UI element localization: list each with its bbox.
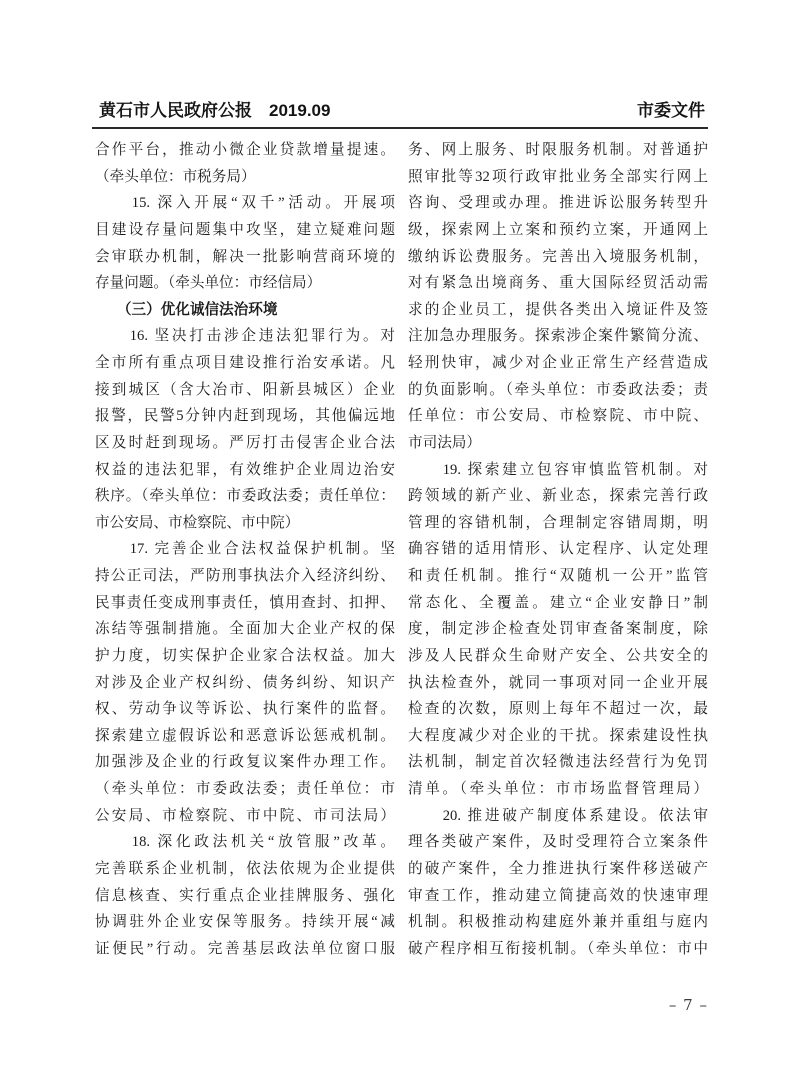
text-line: 19. 探索建立包容审慎监管机制。对 bbox=[408, 457, 708, 484]
text-line: 法机制，制定首次轻微违法经营行为免罚 bbox=[408, 749, 708, 776]
text-line: 加强涉及企业的行政复议案件办理工作。 bbox=[95, 749, 395, 776]
text-line: 的破产案件，全力推进执行案件移送破产 bbox=[408, 856, 708, 883]
text-line: 缴纳诉讼费服务。完善出入境服务机制， bbox=[408, 244, 708, 271]
text-line: 完善联系企业机制，依法依规为企业提供 bbox=[95, 856, 395, 883]
document-body: 合作平台，推动小微企业贷款增量提速。（牵头单位：市税务局） 15. 深入开展“双… bbox=[95, 137, 708, 962]
page-number: – 7 – bbox=[640, 996, 708, 1014]
text-line: 权、劳动争议等诉讼、执行案件的监督。 bbox=[95, 696, 395, 723]
text-line: 冻结等强制措施。全面加大企业产权的保 bbox=[95, 616, 395, 643]
text-line: 常态化、全覆盖。建立“企业安静日”制 bbox=[408, 590, 708, 617]
text-line: 涉及人民群众生命财产安全、公共安全的 bbox=[408, 643, 708, 670]
text-line: 审查工作，推动建立简捷高效的快速审理 bbox=[408, 883, 708, 910]
text-line: （牵头单位：市税务局） bbox=[95, 164, 395, 191]
text-line: 轻刑快审，减少对企业正常生产经营造成 bbox=[408, 350, 708, 377]
text-line: 破产程序相互衔接机制。（牵头单位：市中 bbox=[408, 936, 708, 963]
text-line: 求的企业员工，提供各类出入境证件及签 bbox=[408, 297, 708, 324]
text-line: （牵头单位：市委政法委；责任单位：市 bbox=[95, 776, 395, 803]
text-line: 存量问题。（牵头单位：市经信局） bbox=[95, 270, 395, 297]
text-line: 检查的次数，原则上每年不超过一次，最 bbox=[408, 696, 708, 723]
section-label: 市委文件 bbox=[637, 101, 705, 121]
gazette-title: 黄石市人民政府公报 2019.09 bbox=[99, 101, 330, 121]
header-row: 黄石市人民政府公报 2019.09 市委文件 bbox=[92, 101, 708, 121]
text-line: 报警，民警5分钟内赶到现场，其他偏远地 bbox=[95, 403, 395, 430]
text-line: 对有紧急出境商务、重大国际经贸活动需 bbox=[408, 270, 708, 297]
left-column: 合作平台，推动小微企业贷款增量提速。（牵头单位：市税务局） 15. 深入开展“双… bbox=[95, 137, 395, 962]
text-line: 跨领域的新产业、新业态，探索完善行政 bbox=[408, 483, 708, 510]
text-line: 务、网上服务、时限服务机制。对普通护 bbox=[408, 137, 708, 164]
text-line: 管理的容错机制，合理制定容错周期，明 bbox=[408, 510, 708, 537]
text-line: 护力度，切实保护企业家合法权益。加大 bbox=[95, 643, 395, 670]
text-line: 照审批等32项行政审批业务全部实行网上 bbox=[408, 164, 708, 191]
text-line: 机制。积极推动构建庭外兼并重组与庭内 bbox=[408, 909, 708, 936]
text-line: 持公正司法，严防刑事执法介入经济纠纷、 bbox=[95, 563, 395, 590]
text-line: 15. 深入开展“双千”活动。开展项 bbox=[95, 190, 395, 217]
text-line: 探索建立虚假诉讼和恶意诉讼惩戒机制。 bbox=[95, 723, 395, 750]
text-line: 注加急办理服务。探索涉企案件繁简分流、 bbox=[408, 323, 708, 350]
text-line: 秩序。（牵头单位：市委政法委；责任单位： bbox=[95, 483, 395, 510]
text-line: 证便民”行动。完善基层政法单位窗口服 bbox=[95, 936, 395, 963]
text-line: 度，制定涉企检查处罚审查备案制度，除 bbox=[408, 616, 708, 643]
text-line: 信息核查、实行重点企业挂牌服务、强化 bbox=[95, 883, 395, 910]
text-line: 咨询、受理或办理。推进诉讼服务转型升 bbox=[408, 190, 708, 217]
text-line: 执法检查外，就同一事项对同一企业开展 bbox=[408, 670, 708, 697]
text-line: 的负面影响。（牵头单位：市委政法委；责 bbox=[408, 377, 708, 404]
text-line: 级，探索网上立案和预约立案，开通网上 bbox=[408, 217, 708, 244]
text-line: 权益的违法犯罪，有效维护企业周边治安 bbox=[95, 457, 395, 484]
text-line: 大程度减少对企业的干扰。探索建设性执 bbox=[408, 723, 708, 750]
gazette-page: { "header": { "left_title": "黄石市人民政府公报 2… bbox=[0, 0, 800, 1085]
text-line: 会审联办机制，解决一批影响营商环境的 bbox=[95, 244, 395, 271]
page-header: 黄石市人民政府公报 2019.09 市委文件 bbox=[92, 101, 708, 129]
text-line: 18. 深化政法机关“放管服”改革。 bbox=[95, 829, 395, 856]
text-line: 清单。（牵头单位：市市场监督管理局） bbox=[408, 776, 708, 803]
text-line: 市司法局） bbox=[408, 430, 708, 457]
text-line: 区及时赶到现场。严厉打击侵害企业合法 bbox=[95, 430, 395, 457]
text-line: 和责任机制。推行“双随机一公开”监管 bbox=[408, 563, 708, 590]
text-line: 17. 完善企业合法权益保护机制。坚 bbox=[95, 536, 395, 563]
text-line: 确容错的适用情形、认定程序、认定处理 bbox=[408, 536, 708, 563]
section-heading: （三）优化诚信法治环境 bbox=[95, 297, 395, 324]
text-line: 对涉及企业产权纠纷、债务纠纷、知识产 bbox=[95, 670, 395, 697]
text-line: 任单位：市公安局、市检察院、市中院、 bbox=[408, 403, 708, 430]
text-line: 民事责任变成刑事责任，慎用查封、扣押、 bbox=[95, 590, 395, 617]
text-line: 目建设存量问题集中攻坚，建立疑难问题 bbox=[95, 217, 395, 244]
text-line: 全市所有重点项目建设推行治安承诺。凡 bbox=[95, 350, 395, 377]
text-line: 公安局、市检察院、市中院、市司法局） bbox=[95, 803, 395, 830]
text-line: 16. 坚决打击涉企违法犯罪行为。对 bbox=[95, 323, 395, 350]
right-column: 务、网上服务、时限服务机制。对普通护照审批等32项行政审批业务全部实行网上咨询、… bbox=[408, 137, 708, 962]
text-line: 理各类破产案件，及时受理符合立案条件 bbox=[408, 829, 708, 856]
text-line: 接到城区（含大冶市、阳新县城区）企业 bbox=[95, 377, 395, 404]
text-line: 合作平台，推动小微企业贷款增量提速。 bbox=[95, 137, 395, 164]
text-line: 协调驻外企业安保等服务。持续开展“减 bbox=[95, 909, 395, 936]
text-line: 市公安局、市检察院、市中院） bbox=[95, 510, 395, 537]
text-line: 20. 推进破产制度体系建设。依法审 bbox=[408, 803, 708, 830]
